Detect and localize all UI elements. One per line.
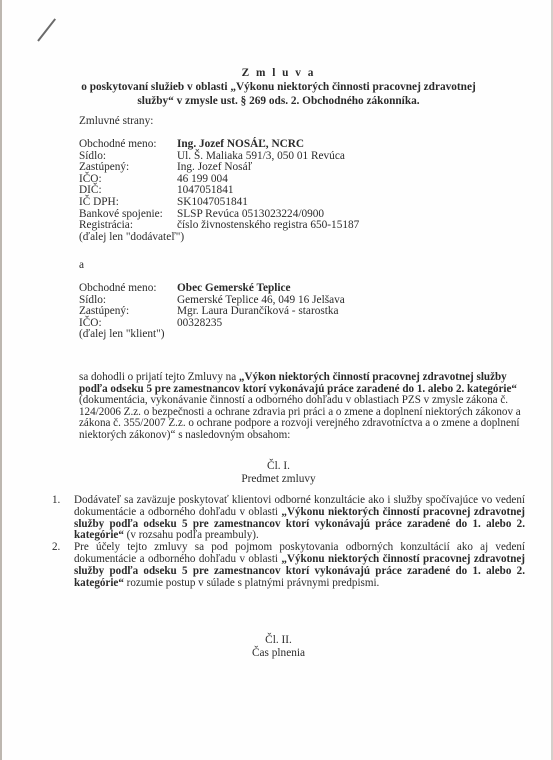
list-number: 1. [52,495,74,542]
preamble: sa dohodli o prijatí tejto Zmluvy na „Vý… [79,372,525,442]
list-item: 2. Pre účely tejto zmluvy sa pod pojmom … [52,542,525,589]
label: IČ DPH: [79,197,177,209]
document-subtitle-line1: o poskytovaní služieb v oblasti „Výkonu … [2,80,553,94]
text: (v rozsahu podľa preambuly). [124,529,259,541]
article1-number: Čl. I. [2,460,553,473]
label: Obchodné meno: [79,283,177,295]
document-title: Z m l u v a [2,66,553,80]
article2-title: Čas plnenia [2,647,553,660]
text: rozumie postup v súlade s platnými právn… [124,577,379,589]
client-block: Obchodné meno:Obec Gemerské Teplice Sídl… [79,283,345,341]
client-alias: (ďalej len "klient") [79,329,165,341]
supplier-registration: číslo živnostenského registra 650-15187 [177,220,359,232]
list-item: 1. Dodávateľ sa zaväzuje poskytovať klie… [52,495,525,542]
list-number: 2. [52,542,74,589]
client-ico: 00328235 [177,318,222,330]
document-page: Z m l u v a o poskytovaní služieb v obla… [0,0,553,760]
client-name: Obec Gemerské Teplice [177,283,291,295]
article2-number: Čl. II. [2,634,553,647]
list-text: Pre účely tejto zmluvy sa pod pojmom pos… [74,542,525,589]
article1-title: Predmet zmluvy [2,473,553,486]
supplier-block: Obchodné meno:Ing. Jozef NOSÁĽ, NCRC Síd… [79,139,359,243]
preamble-text: sa dohodli o prijatí tejto Zmluvy na [79,371,239,383]
article1-list: 1. Dodávateľ sa zaväzuje poskytovať klie… [52,495,525,589]
list-text: Dodávateľ sa zaväzuje poskytovať kliento… [74,495,525,542]
supplier-alias: (ďalej len "dodávateľ") [79,232,184,244]
conjunction: a [79,260,84,272]
label: Obchodné meno: [79,139,177,151]
preamble-text-continued: (dokumentácia, vykonávanie činností a od… [79,394,521,441]
pen-mark [37,18,56,41]
supplier-name: Ing. Jozef NOSÁĽ, NCRC [177,139,304,151]
document-subtitle-line2: služby“ v zmysle ust. § 269 ods. 2. Obch… [2,94,553,108]
supplier-vat: SK1047051841 [177,197,248,209]
label: Registrácia: [79,220,177,232]
parties-intro: Zmluvné strany: [79,116,153,128]
